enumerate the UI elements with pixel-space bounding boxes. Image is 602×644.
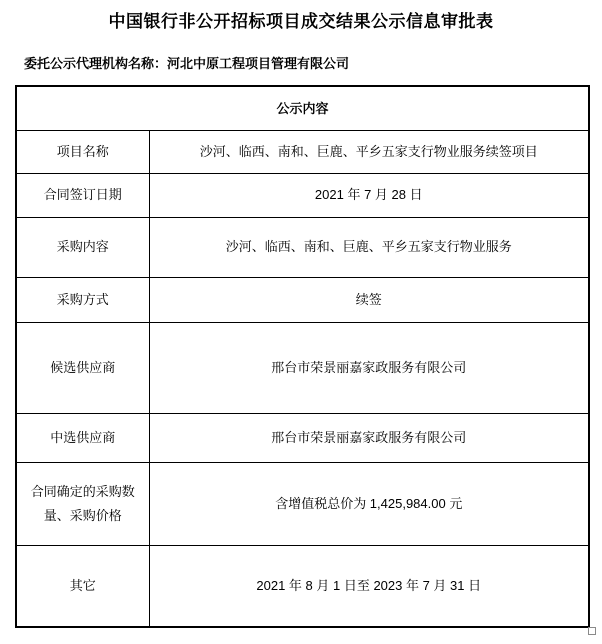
publicity-info-table: 公示内容 项目名称 沙河、临西、南和、巨鹿、平乡五家支行物业服务续签项目 合同签… — [15, 85, 590, 628]
row-value-selected-supplier: 邢台市荣景丽嘉家政服务有限公司 — [149, 413, 589, 462]
document-page: 中国银行非公开招标项目成交结果公示信息审批表 委托公示代理机构名称：河北中原工程… — [0, 0, 602, 644]
row-value-project-name: 沙河、临西、南和、巨鹿、平乡五家支行物业服务续签项目 — [149, 130, 589, 173]
table-header-row: 公示内容 — [16, 86, 589, 130]
table-row: 合同签订日期 2021 年 7 月 28 日 — [16, 173, 589, 217]
document-title: 中国银行非公开招标项目成交结果公示信息审批表 — [0, 7, 602, 32]
row-value-procurement-content: 沙河、临西、南和、巨鹿、平乡五家支行物业服务 — [149, 217, 589, 277]
row-label-contract-date: 合同签订日期 — [16, 173, 149, 217]
row-label-procurement-method: 采购方式 — [16, 277, 149, 322]
row-value-candidate-supplier: 邢台市荣景丽嘉家政服务有限公司 — [149, 322, 589, 413]
table-row: 其它 2021 年 8 月 1 日至 2023 年 7 月 31 日 — [16, 545, 589, 627]
table-row: 采购方式 续签 — [16, 277, 589, 322]
row-value-procurement-method: 续签 — [149, 277, 589, 322]
anchor-mark-square — [588, 627, 596, 635]
row-value-contract-date: 2021 年 7 月 28 日 — [149, 173, 589, 217]
table-row: 项目名称 沙河、临西、南和、巨鹿、平乡五家支行物业服务续签项目 — [16, 130, 589, 173]
row-label-other: 其它 — [16, 545, 149, 627]
agency-name-line: 委托公示代理机构名称：河北中原工程项目管理有限公司 — [24, 53, 349, 72]
table-row: 合同确定的采购数量、采购价格 含增值税总价为 1,425,984.00 元 — [16, 462, 589, 545]
row-label-quantity-price: 合同确定的采购数量、采购价格 — [16, 462, 149, 545]
table-header-cell: 公示内容 — [16, 86, 589, 130]
row-value-quantity-price: 含增值税总价为 1,425,984.00 元 — [149, 462, 589, 545]
row-label-candidate-supplier: 候选供应商 — [16, 322, 149, 413]
table-row: 候选供应商 邢台市荣景丽嘉家政服务有限公司 — [16, 322, 589, 413]
row-label-procurement-content: 采购内容 — [16, 217, 149, 277]
table-row: 中选供应商 邢台市荣景丽嘉家政服务有限公司 — [16, 413, 589, 462]
row-label-selected-supplier: 中选供应商 — [16, 413, 149, 462]
row-label-project-name: 项目名称 — [16, 130, 149, 173]
row-value-other: 2021 年 8 月 1 日至 2023 年 7 月 31 日 — [149, 545, 589, 627]
table-row: 采购内容 沙河、临西、南和、巨鹿、平乡五家支行物业服务 — [16, 217, 589, 277]
